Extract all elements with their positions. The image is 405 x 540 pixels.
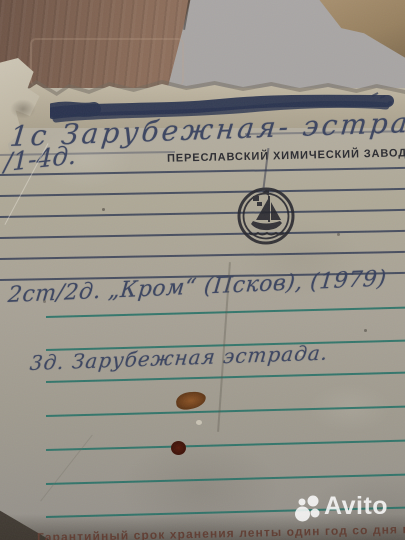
paper-speck [43,300,46,303]
avito-logo-text: Avito [324,492,388,521]
paper-speck [337,233,340,236]
rust-dot [171,441,186,455]
paper-speck [102,208,105,211]
avito-dots-icon [294,493,324,525]
avito-watermark: Avito [294,493,405,527]
paper-speck [299,352,303,356]
paper-speck [364,329,367,332]
paper-speck [196,420,202,425]
photo-tape-box-label: 1с Зарубежная- эстрада- /1-4д. 2ст/2д. „… [0,0,405,540]
cardboard-corner [314,0,405,64]
boat-emblem-icon [236,184,298,250]
wood-edge-highlight [30,38,184,86]
